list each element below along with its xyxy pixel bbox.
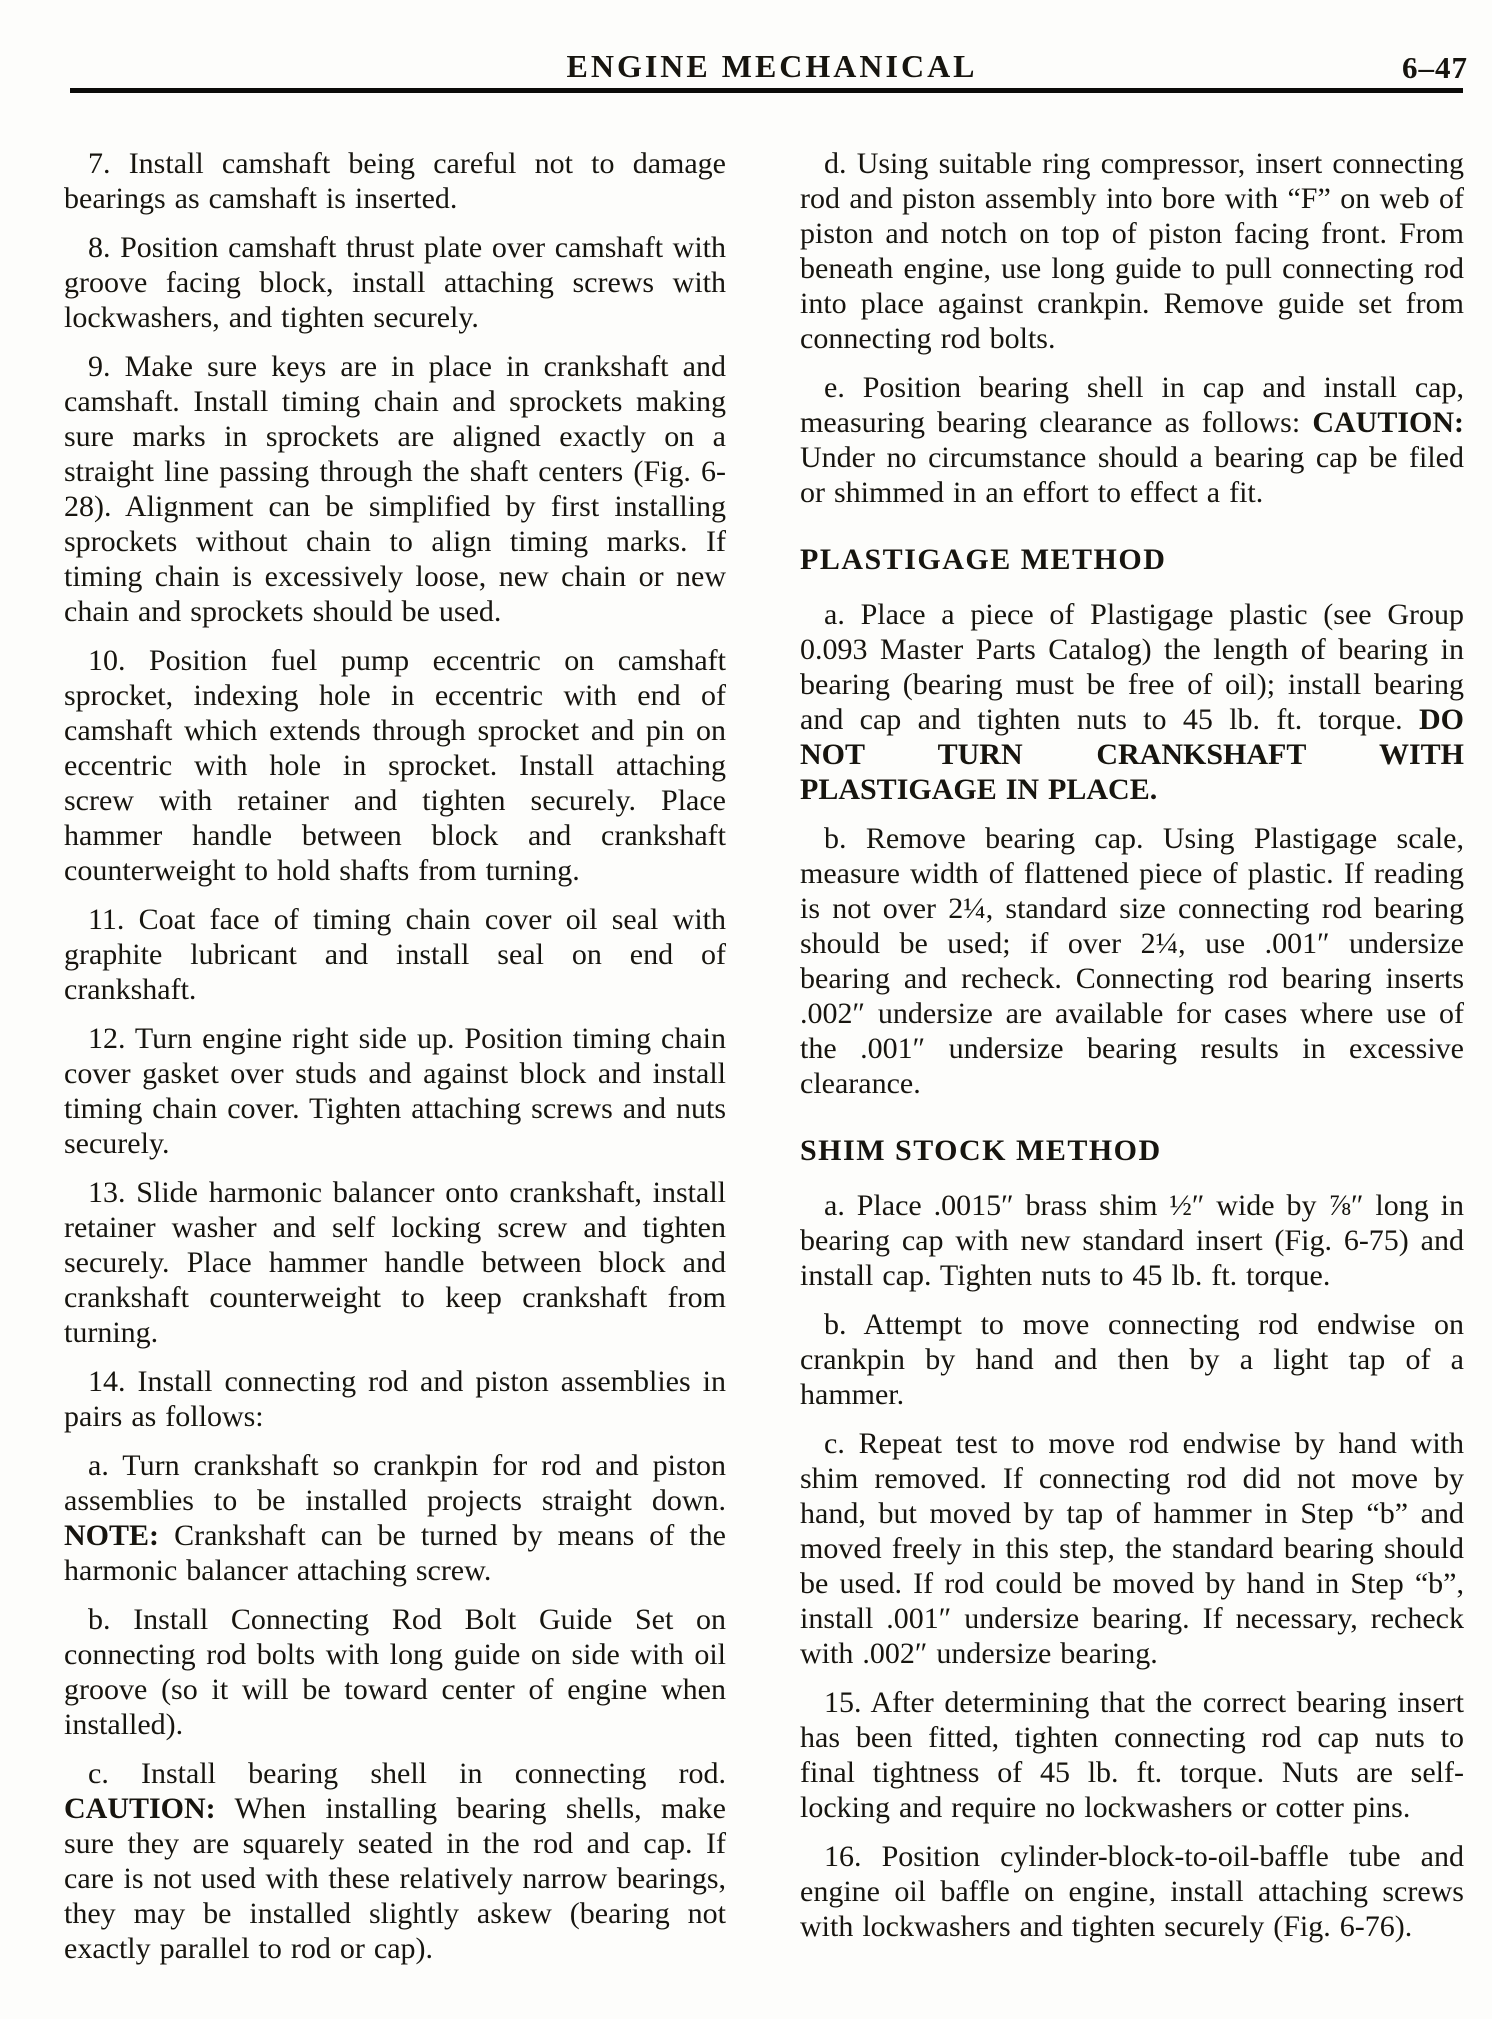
- step-8: 8. Position camshaft thrust plate over c…: [64, 230, 726, 335]
- manual-page: ENGINE MECHANICAL 6–47 7. Install camsha…: [0, 0, 1492, 2019]
- step-14a: a. Turn crankshaft so crankpin for rod a…: [64, 1448, 726, 1588]
- step-15: 15. After determining that the correct b…: [800, 1685, 1464, 1825]
- text-run: Under no circumstance should a bearing c…: [800, 441, 1464, 509]
- step-13: 13. Slide harmonic balancer onto cranksh…: [64, 1175, 726, 1350]
- step-11: 11. Coat face of timing chain cover oil …: [64, 902, 726, 1007]
- step-14: 14. Install connecting rod and piston as…: [64, 1364, 726, 1434]
- bold-text-run: CAUTION:: [64, 1792, 216, 1825]
- shim-step-c: c. Repeat test to move rod endwise by ha…: [800, 1426, 1464, 1671]
- page-title: ENGINE MECHANICAL: [0, 48, 1492, 85]
- text-run: b. Remove bearing cap. Using Plastigage …: [800, 822, 1464, 1100]
- text-run: a. Place .0015″ brass shim ½″ wide by ⅞″…: [800, 1189, 1464, 1292]
- text-run: 13. Slide harmonic balancer onto cranksh…: [64, 1176, 726, 1349]
- heading-shim-stock-method: SHIM STOCK METHOD: [800, 1133, 1464, 1168]
- text-run: 14. Install connecting rod and piston as…: [64, 1365, 726, 1433]
- text-run: a. Turn crankshaft so crankpin for rod a…: [64, 1449, 726, 1517]
- text-run: d. Using suitable ring compressor, inser…: [800, 147, 1464, 355]
- step-14d: d. Using suitable ring compressor, inser…: [800, 146, 1464, 356]
- header-rule: [70, 88, 1463, 93]
- bold-text-run: NOTE:: [64, 1519, 159, 1552]
- text-run: 7. Install camshaft being careful not to…: [64, 147, 726, 215]
- step-14b: b. Install Connecting Rod Bolt Guide Set…: [64, 1602, 726, 1742]
- text-run: 9. Make sure keys are in place in cranks…: [64, 350, 726, 628]
- step-9: 9. Make sure keys are in place in cranks…: [64, 349, 726, 629]
- text-run: c. Repeat test to move rod endwise by ha…: [800, 1427, 1464, 1670]
- bold-text-run: CAUTION:: [1312, 406, 1464, 439]
- heading-plastigage-method: PLASTIGAGE METHOD: [800, 542, 1464, 577]
- shim-step-a: a. Place .0015″ brass shim ½″ wide by ⅞″…: [800, 1188, 1464, 1293]
- text-run: SHIM STOCK METHOD: [800, 1134, 1162, 1167]
- text-run: 11. Coat face of timing chain cover oil …: [64, 903, 726, 1006]
- text-run: b. Attempt to move connecting rod endwis…: [800, 1308, 1464, 1411]
- text-run: a. Place a piece of Plastigage plastic (…: [800, 598, 1464, 736]
- plastigage-step-a: a. Place a piece of Plastigage plastic (…: [800, 597, 1464, 807]
- text-run: 12. Turn engine right side up. Position …: [64, 1022, 726, 1160]
- step-16: 16. Position cylinder-block-to-oil-baffl…: [800, 1839, 1464, 1944]
- step-7: 7. Install camshaft being careful not to…: [64, 146, 726, 216]
- text-run: PLASTIGAGE METHOD: [800, 543, 1166, 576]
- shim-step-b: b. Attempt to move connecting rod endwis…: [800, 1307, 1464, 1412]
- text-columns: 7. Install camshaft being careful not to…: [64, 146, 1464, 1980]
- text-run: 10. Position fuel pump eccentric on cams…: [64, 644, 726, 887]
- left-column: 7. Install camshaft being careful not to…: [64, 146, 726, 1980]
- plastigage-step-b: b. Remove bearing cap. Using Plastigage …: [800, 821, 1464, 1101]
- right-column: d. Using suitable ring compressor, inser…: [800, 146, 1464, 1980]
- step-10: 10. Position fuel pump eccentric on cams…: [64, 643, 726, 888]
- text-run: 16. Position cylinder-block-to-oil-baffl…: [800, 1840, 1464, 1943]
- text-run: 8. Position camshaft thrust plate over c…: [64, 231, 726, 334]
- text-run: 15. After determining that the correct b…: [800, 1686, 1464, 1824]
- text-run: b. Install Connecting Rod Bolt Guide Set…: [64, 1603, 726, 1741]
- text-run: c. Install bearing shell in connecting r…: [88, 1757, 726, 1790]
- text-run: Crankshaft can be turned by means of the…: [64, 1519, 726, 1587]
- page-number: 6–47: [1402, 50, 1468, 86]
- step-12: 12. Turn engine right side up. Position …: [64, 1021, 726, 1161]
- step-14c: c. Install bearing shell in connecting r…: [64, 1756, 726, 1966]
- step-14e: e. Position bearing shell in cap and ins…: [800, 370, 1464, 510]
